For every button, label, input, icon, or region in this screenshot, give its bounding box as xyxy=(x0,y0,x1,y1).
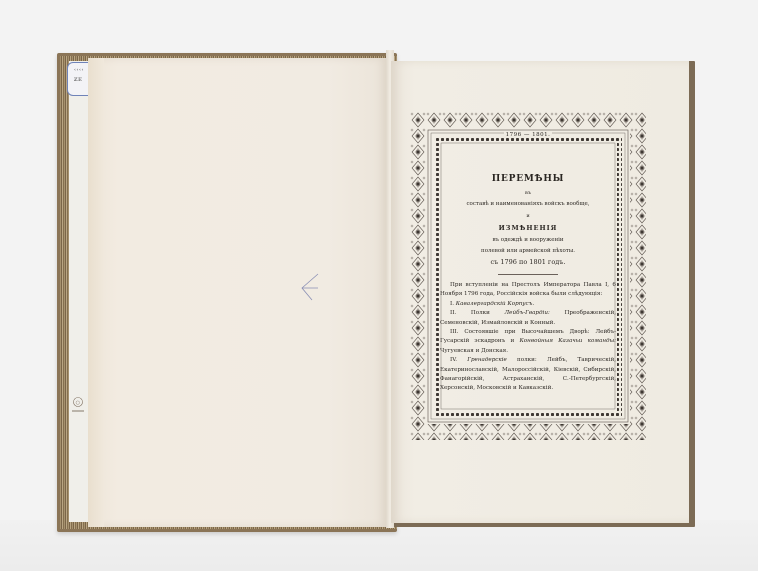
years-tag: 1796 — 1801. xyxy=(438,132,618,138)
paragraph-item-4: IV. Гренадерскіе полки: Лейбъ, Таврическ… xyxy=(440,356,616,394)
subtitle-v: въ xyxy=(438,190,618,196)
body-text: При вступленіи на Престолъ Императора Па… xyxy=(438,281,618,394)
library-stamp-icon: ○ xyxy=(71,396,85,414)
subtitle-years: съ 1796 по 1801 годъ. xyxy=(438,258,618,266)
subtitle-infantry: полевой или армейской пѣхоты. xyxy=(438,248,618,254)
paragraph-item-1: I. Кавалергардскій Корпусъ. xyxy=(440,300,616,309)
years-tag-text: 1796 — 1801. xyxy=(504,132,553,138)
separator-rule xyxy=(498,274,558,275)
paragraph-intro: При вступленіи на Престолъ Императора Па… xyxy=(440,281,616,300)
subtitle-changes: ИЗМѢНЕНІЯ xyxy=(438,224,618,232)
subtitle-i: и xyxy=(438,213,618,219)
pencil-mark-icon xyxy=(298,272,322,302)
left-page-edge xyxy=(88,58,104,527)
left-page xyxy=(88,58,388,527)
page-title: ПЕРЕМѢНЫ xyxy=(438,174,618,184)
title-page-content: 1796 — 1801. ПЕРЕМѢНЫ въ составѣ и наиме… xyxy=(438,140,618,406)
paragraph-item-2: II. Полки Лейбъ-Гвардіи: Преображенскій,… xyxy=(440,309,616,328)
subtitle-uniform: въ одеждѣ и вооруженіи xyxy=(438,237,618,243)
paragraph-item-3: III. Состоявшіе при Высочайшемъ Дворѣ: Л… xyxy=(440,328,616,356)
subtitle-composition: составѣ и наименованіяхъ войскъ вообще, xyxy=(438,201,618,207)
svg-text:○: ○ xyxy=(76,400,80,406)
